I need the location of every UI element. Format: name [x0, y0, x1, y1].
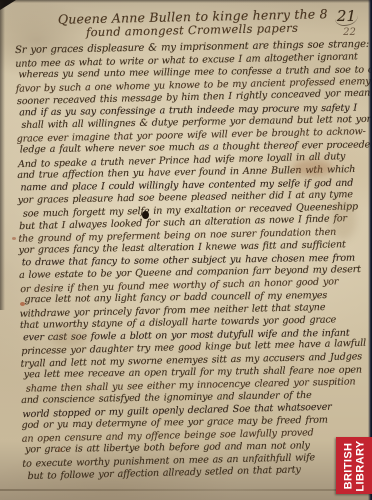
ink-blot: [142, 211, 149, 219]
folio-numbers: 21 22: [335, 8, 358, 38]
british-library-logo: BRITISH LIBRARY: [336, 437, 372, 494]
paper-speck: [58, 448, 62, 452]
british-library-logo-text: BRITISH LIBRARY: [336, 437, 372, 494]
paper-speck: [12, 237, 16, 240]
photo-left-edge: [0, 0, 5, 310]
paper-speck: [20, 302, 25, 306]
photo-top-edge: [0, 0, 372, 3]
british-library-logo-word1: BRITISH: [342, 442, 354, 489]
photo-right-edge: [368, 0, 372, 500]
letter-body: Sr yor graces displeasure & my imprisonm…: [15, 39, 371, 483]
paper-stain: [330, 200, 356, 240]
folio-number-old: 21: [335, 8, 358, 26]
manuscript-heading: Queene Anne Bullen to kinge henry the 8 …: [58, 7, 327, 40]
manuscript-heading-line2: found amongest Cromwells papers: [58, 21, 326, 40]
paper-crease: [0, 489, 372, 491]
paper-stain: [52, 328, 86, 348]
manuscript-photo: Queene Anne Bullen to kinge henry the 8 …: [0, 0, 372, 500]
british-library-logo-word2: LIBRARY: [354, 440, 366, 491]
folio-number-new: 22: [335, 27, 358, 38]
manuscript-page: Queene Anne Bullen to kinge henry the 8 …: [0, 0, 372, 500]
paper-stain: [292, 160, 332, 176]
